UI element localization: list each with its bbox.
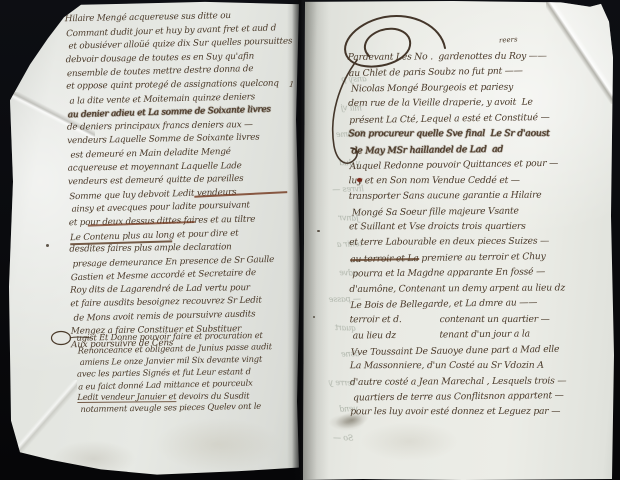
- manuscript-scan: Hilaire Mengé acquereuse sus ditte ouCom…: [0, 0, 620, 480]
- handwritten-line: Somme que luy debvoit Ledit vendeurs: [69, 184, 301, 204]
- handwritten-line: Le Contenu plus au long et pour dire et: [70, 225, 302, 245]
- handwritten-line: desdites faires plus ample declaration: [69, 240, 301, 257]
- handwritten-line: Vve Toussaint De Sauoye dune part a Mad …: [351, 341, 617, 361]
- bleedthrough-line: y dud: [308, 148, 361, 177]
- handwritten-line: notamment aveugle ses pieces Quelev ont …: [80, 400, 306, 416]
- handwritten-line: quartiers de terre aus Conflitsnon appar…: [353, 387, 619, 405]
- handwritten-line: présent La Cté, Lequel a esté et Constit…: [349, 109, 615, 129]
- paper-crease: [7, 380, 77, 460]
- left-page: Hilaire Mengé acquereuse sus ditte ouCom…: [5, 0, 301, 478]
- handwritten-line: debvoir dousage de toutes es en Suy qu'a…: [66, 50, 298, 68]
- bleedthrough-line: Janvr: [307, 203, 360, 232]
- bleedthrough-line: dsne: [307, 340, 360, 369]
- ink-speck: [313, 316, 315, 318]
- bleedthrough-line: Somme: [313, 120, 366, 149]
- handwritten-line: Mengez a faire Constituer et Substituer: [71, 322, 303, 339]
- handwritten-line: Nicolas Mongé Bourgeois et pariesy: [351, 78, 617, 96]
- handwritten-line: dem rue de la Vieille draperie, y avoit …: [348, 94, 614, 111]
- ink-smudge: [334, 409, 371, 432]
- handwritten-line: et pour deux dessus dittes faires et au …: [69, 213, 301, 231]
- handwritten-line: pour les luy avoir esté donnez et Leguez…: [350, 404, 616, 420]
- left-page-paragraph-1: Hilaire Mengé acquereuse sus ditte ouCom…: [65, 9, 303, 353]
- handwritten-line: ensemble de toutes mettre destre donna d…: [67, 62, 299, 82]
- handwritten-line: de deniers principaux francs deniers aux…: [67, 118, 299, 135]
- paper-crease: [5, 92, 95, 138]
- handwritten-line: au lieu dz tenant d'un jour a la: [353, 326, 619, 344]
- handwritten-line: Gastien et Mesme accordé et Secretaire d…: [71, 266, 303, 286]
- red-wax-spot: [357, 178, 362, 182]
- handwritten-line: d'autre costé a Jean Marechal , Lesquels…: [350, 373, 616, 390]
- handwritten-line: Hilaire Mengé acquereuse sus ditte ou: [65, 9, 297, 27]
- handwritten-line: Pardevant Les No . gardenottes du Roy ——: [348, 48, 614, 65]
- bleedthrough-line: So —: [301, 423, 354, 452]
- handwritten-line: a la dite vente et Moitemain quinze deni…: [69, 90, 301, 109]
- handwritten-line: presage demeurance En presence de Sr Gau…: [72, 253, 304, 272]
- handwritten-line: d'aumône, Contenant un demy arpent au li…: [349, 280, 615, 297]
- handwritten-line: avec les parties Signés et fut Leur esta…: [77, 365, 303, 380]
- handwritten-line: Aux poursuivre de Cens: [71, 335, 303, 353]
- bleedthrough-line: — passe: [309, 285, 362, 314]
- handwritten-line: et faire ausdits besoignez recouvrez Sr …: [70, 294, 302, 312]
- handwritten-line: ugist Et Donne pouvoir faire et procurat…: [76, 329, 302, 344]
- superscript-abbreviation: reers: [499, 35, 518, 44]
- right-page-text: Pardevant Les No . gardenottes du Roy ——…: [348, 48, 617, 421]
- handwritten-line: Son procureur quelle Sve final Le Sr d'a…: [348, 126, 614, 142]
- handwritten-line: ainsy et avecques pour ladite poursuivan…: [71, 199, 303, 218]
- handwritten-line: Roy dits de Lagarendré de Lad vertu pour: [70, 281, 302, 298]
- handwritten-line: et oppose quint protegé de assignations …: [66, 77, 298, 94]
- handwritten-line: Le Bois de Bellegarde, et La dmre au ——: [350, 294, 616, 314]
- handwritten-line: de Mons avoit remis de poursuivre ausdit…: [73, 307, 305, 326]
- handwritten-line: vendeurs est demeuré quitte de pareilles: [68, 172, 300, 190]
- handwritten-line: a eu faict donné Lad mittance et pourceu…: [78, 376, 304, 393]
- handwritten-line: au terroir et La premiere au terroir et …: [350, 248, 616, 268]
- handwritten-line: Ledit vendeur Januier et devoirs du Susd…: [77, 390, 303, 404]
- handwritten-line: pourra et la Magdne apparante En fossé —: [352, 264, 618, 282]
- handwritten-line: et obusiéver alloüé quize dix Sur quelle…: [68, 35, 300, 54]
- ink-speck: [46, 244, 49, 247]
- handwritten-line: Renonceance et obligeant de Junius passe…: [78, 340, 304, 357]
- ink-bleedthrough: ansy pmil vjSommey dudlivres —Janvrtenir…: [301, 65, 363, 451]
- bleedthrough-line: mil vj: [310, 93, 363, 122]
- handwritten-line: amiens Le onze Janvier mil Six devante v…: [80, 353, 306, 369]
- handwritten-line: La Massonniere, d'un Costé au Sr Vdozin …: [350, 358, 616, 374]
- ornate-initial-flourish: [313, 4, 453, 174]
- handwritten-line: de May MSr haillandel de Lad ad: [351, 140, 617, 158]
- handwritten-line: transporter Sans aucune garantie a Hilai…: [349, 187, 615, 204]
- handwritten-line: acquereuse et moyennant Laquelle Lade: [68, 159, 300, 176]
- handwritten-line: est demeuré en Main deladite Mengé: [70, 144, 302, 163]
- right-page: ansy pmil vjSommey dudlivres —Janvrtenir…: [303, 0, 616, 480]
- bleedthrough-line: livres —: [311, 175, 364, 204]
- handwritten-line: Commant dudit jour et huy by avant fret …: [66, 21, 298, 41]
- left-page-paragraph-2: ugist Et Donne pouvoir faire et procurat…: [76, 329, 303, 415]
- handwritten-line: Mongé Sa Soeur fille majeure Vsante: [352, 202, 618, 220]
- bleedthrough-line: ansy p: [314, 65, 367, 94]
- handwritten-line: et Suillant et Vse droicts trois quartie…: [349, 219, 615, 235]
- handwritten-line: terroir et d. contenant un quartier —: [350, 311, 616, 327]
- handwritten-line: luy et en Son nom Vendue Ceddé et —: [349, 172, 615, 188]
- handwritten-line: au denier adieu et La somme de Soixante …: [68, 103, 300, 123]
- ink-speck: [317, 230, 320, 232]
- handwritten-line: Auquel Redonne pouvoir Quittances et pou…: [349, 155, 615, 175]
- handwritten-line: au Chlet de paris Soubz no fut pnt ——: [349, 62, 615, 82]
- bleedthrough-line: quart: [304, 313, 357, 342]
- bleedthrough-line: adve: [305, 258, 358, 287]
- bleedthrough-line: tenir a: [310, 230, 363, 259]
- folded-corner-crease: [546, 0, 616, 104]
- bleedthrough-line: terre y: [302, 368, 355, 397]
- handwritten-line: vendeurs Laquelle Somme de Soixante livr…: [67, 131, 299, 149]
- handwritten-line: et terre Labourable en deux pieces Suize…: [349, 234, 615, 251]
- paragraph-flourish-mark: [49, 327, 93, 349]
- bleedthrough-line: vend: [306, 395, 359, 424]
